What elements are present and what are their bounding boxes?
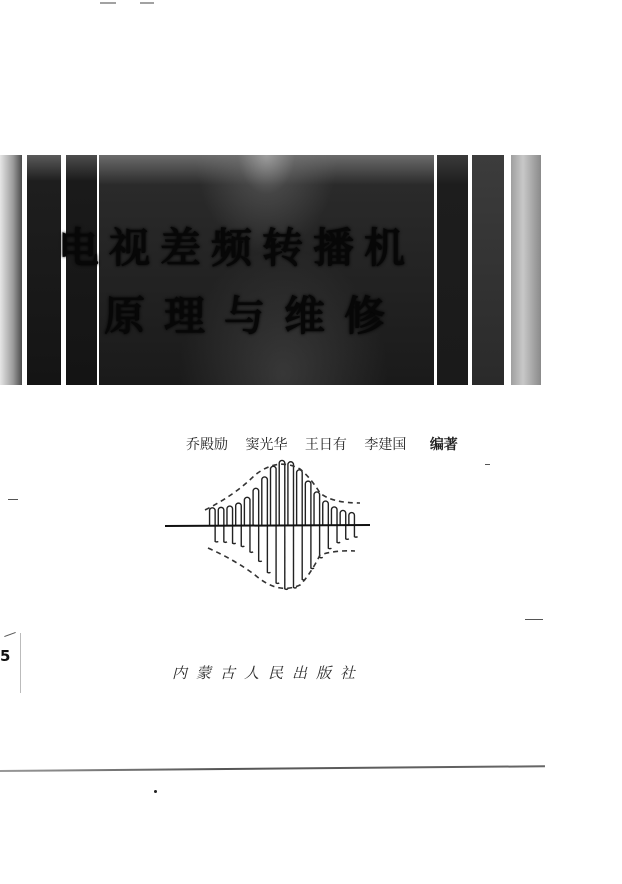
scan-speck [140,2,154,4]
scan-dot [154,790,157,793]
author-line: 乔殿励 窦光华 王日有 李建国 编著 [186,434,471,454]
margin-tick [4,632,16,637]
author-role: 编著 [430,437,458,453]
book-title-line1: 电视差频转播机 [58,215,415,274]
publisher-name: 内蒙古人民出版社 [172,662,364,683]
cover-strip [27,155,61,385]
margin-tick [485,464,490,465]
margin-line [20,633,21,693]
margin-tick [8,499,18,500]
cover-strip [511,155,541,385]
margin-page-number: 5 [0,647,10,665]
cover-strip [0,155,22,385]
margin-tick [525,619,543,620]
cover-photo: 电视差频转播机 原理与维修 [0,155,541,385]
author-name: 窦光华 [245,437,287,453]
author-name: 王日有 [305,437,347,453]
author-name: 李建国 [364,437,406,453]
book-title-line2: 原理与维修 [104,283,404,342]
cover-strip [472,155,504,385]
waveform-illustration [160,455,380,605]
cover-strip [437,155,468,385]
bottom-rule [0,765,545,772]
scan-speck [100,2,116,4]
author-name: 乔殿励 [186,437,228,453]
